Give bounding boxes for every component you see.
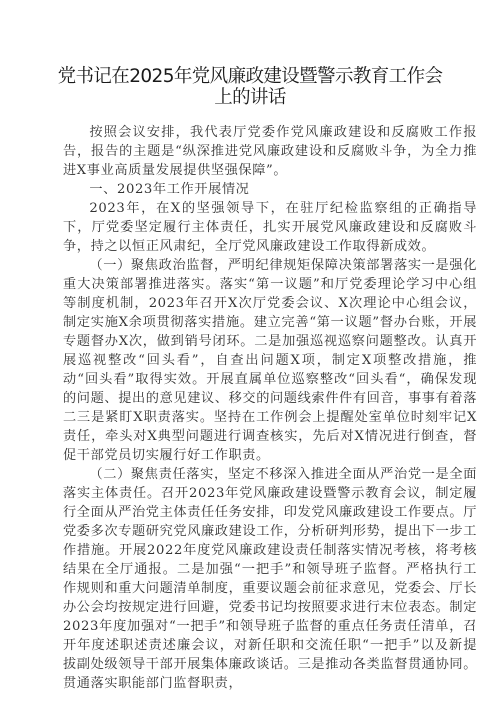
document-title: 党书记在2025年党风廉政建设暨警示教育工作会 上的讲话 [40, 66, 460, 108]
document-body: 按照会议安排，我代表厅党委作党风廉政建设和反腐败工作报告，报告的主题是“纵深推进… [63, 123, 477, 693]
title-line-1: 党书记在2025年党风廉政建设暨警示教育工作会 [58, 66, 443, 87]
title-line-2: 上的讲话 [214, 87, 286, 108]
section-heading: 一、2023年工作开展情况 [63, 180, 477, 199]
body-paragraph: 2023年，在X的坚强领导下，在驻厅纪检监察组的正确指导下，厅党委坚定履行主体责… [63, 199, 477, 256]
intro-paragraph: 按照会议安排，我代表厅党委作党风廉政建设和反腐败工作报告，报告的主题是“纵深推进… [63, 123, 477, 180]
body-paragraph: （一）聚焦政治监督，严明纪律规矩保障决策部署落实一是强化重大决策部署推进落实。落… [63, 256, 477, 465]
body-paragraph: （二）聚焦责任落实，坚定不移深入推进全面从严治党一是全面落实主体责任。召开202… [63, 465, 477, 693]
document-page: 党书记在2025年党风廉政建设暨警示教育工作会 上的讲话 按照会议安排，我代表厅… [0, 0, 500, 707]
